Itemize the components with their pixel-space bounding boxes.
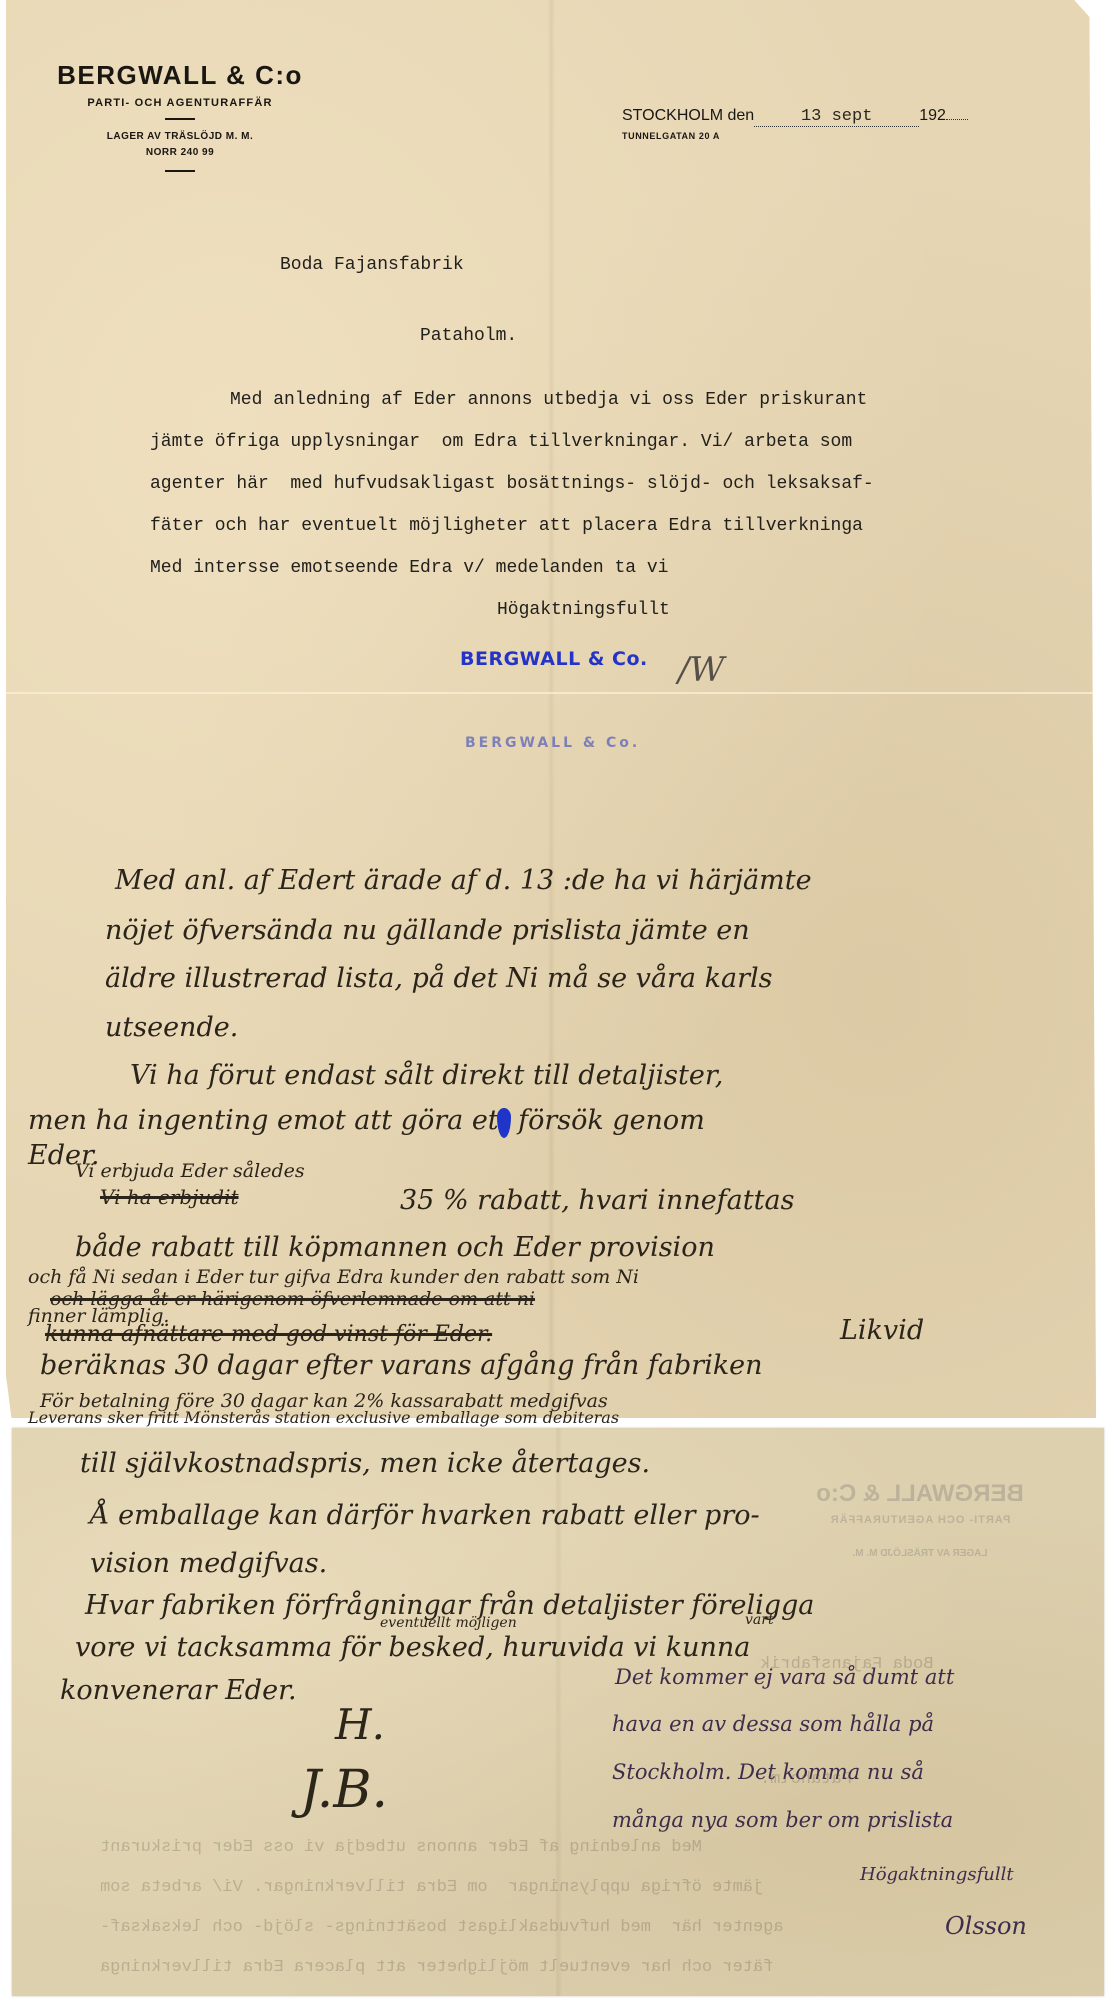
initials-h: H. [335,1700,385,1749]
company-phone: NORR 240 99 [30,145,330,161]
handwritten-insert: och få Ni sedan i Eder tur gifva Edra ku… [28,1266,639,1288]
company-name: BERGWALL & C:o [30,60,330,91]
typed-line: fäter och har eventuelt möjligheter att … [150,516,863,536]
divider [165,118,195,120]
typed-line: agenter här med hufvudsakligast bosättni… [150,474,874,494]
handwritten-line: beräknas 30 dagar efter varans afgång fr… [40,1350,763,1381]
typed-line: Med intersse emotseende Edra v/ medeland… [150,558,668,578]
recipient-place: Pataholm. [420,326,517,346]
handwritten-line: nöjet öfversända nu gällande prislista j… [105,915,750,946]
handwritten-line: Likvid [840,1315,924,1346]
handwritten-line: Vi ha förut endast sålt direkt till deta… [130,1060,723,1091]
handwritten-line: vision medgifvas. [90,1548,327,1579]
dateline-year: 192 [919,107,946,125]
handwritten-line: Leverans sker fritt Mönsterås station ex… [28,1408,619,1427]
handwritten-line: Å emballage kan därför hvarken rabatt el… [90,1500,760,1531]
struck-text: kunna afnättare med god vinst för Eder. [45,1322,492,1347]
postscript-signature: Olsson [945,1912,1027,1940]
handwritten-line: både rabatt till köpmannen och Eder prov… [75,1232,715,1263]
show-through-text: jämte öfriga upplysningar om Edra tillve… [100,1878,763,1897]
company-tagline: PARTI- OCH AGENTURAFFÄR [30,97,330,109]
struck-text: Vi ha erbjudit [100,1185,239,1209]
fold-crease [6,692,1096,694]
mirrored-stock: LAGER AV TRÄSLÖJD M. M. [800,1548,1040,1559]
recipient-name: Boda Fajansfabrik [280,255,464,275]
handwritten-line: äldre illustrerad lista, på det Ni må se… [105,963,772,994]
initials-jb: J.B. [300,1760,388,1820]
stamp-initial: /W [678,650,724,690]
dateline-city: STOCKHOLM den [622,107,754,125]
dateline-date-field: 13 sept [754,107,919,127]
typed-line: jämte öfriga upplysningar om Edra tillve… [150,432,852,452]
handwritten-line: Med anl. af Edert ärade af d. 13 :de ha … [115,865,812,896]
show-through-letterhead: BERGWALL & C:o PARTI- OCH AGENTURAFFÄR L… [800,1480,1040,1559]
handwritten-line: utseende. [105,1012,238,1043]
faint-stamp: BERGWALL & Co. [465,735,640,751]
show-through-text: fäter och har eventuelt möjligheter att … [100,1958,773,1977]
dateline-year-field [946,119,968,120]
mirrored-company: BERGWALL & C:o [800,1480,1040,1508]
interlinear-insert: eventuellt möjligen [380,1615,517,1631]
company-stamp: BERGWALL & Co. [460,648,648,670]
postscript-line: Stockholm. Det komma nu så [612,1760,924,1784]
handwritten-line: 35 % rabatt, hvari innefattas [400,1185,794,1216]
handwritten-insert: Vi erbjuda Eder således [75,1160,305,1182]
handwritten-line: konvenerar Eder. [60,1675,297,1706]
interlinear-insert: vart [745,1612,774,1628]
mirrored-tagline: PARTI- OCH AGENTURAFFÄR [800,1514,1040,1526]
show-through-text: Med anledning af Eder annons utbedja vi … [100,1838,702,1857]
handwritten-line: men ha ingenting emot att göra ett försö… [28,1105,705,1136]
postscript-line: hava en av dessa som hålla på [612,1712,934,1736]
handwritten-line: till självkostnadspris, men icke återtag… [80,1448,650,1479]
postscript-line: Det kommer ej vara så dumt att [615,1665,954,1689]
typed-date: 13 sept [797,107,876,126]
dateline-street: TUNNELGATAN 20 A [622,131,968,141]
company-stock: LAGER AV TRÄSLÖJD M. M. [30,129,330,145]
divider [165,170,195,172]
typed-closing: Högaktningsfullt [497,600,670,620]
handwritten-line: vore vi tacksamma för besked, huruvida v… [75,1632,750,1663]
show-through-text: agenter här med hufvudsakligast bosättni… [100,1918,784,1937]
postscript-closing: Högaktningsfullt [860,1864,1014,1885]
postscript-line: många nya som ber om prislista [612,1808,953,1832]
typed-line: Med anledning af Eder annons utbedja vi … [230,390,867,410]
letterhead: BERGWALL & C:o PARTI- OCH AGENTURAFFÄR L… [30,60,330,181]
dateline: STOCKHOLM den 13 sept 192 TUNNELGATAN 20… [622,107,968,141]
